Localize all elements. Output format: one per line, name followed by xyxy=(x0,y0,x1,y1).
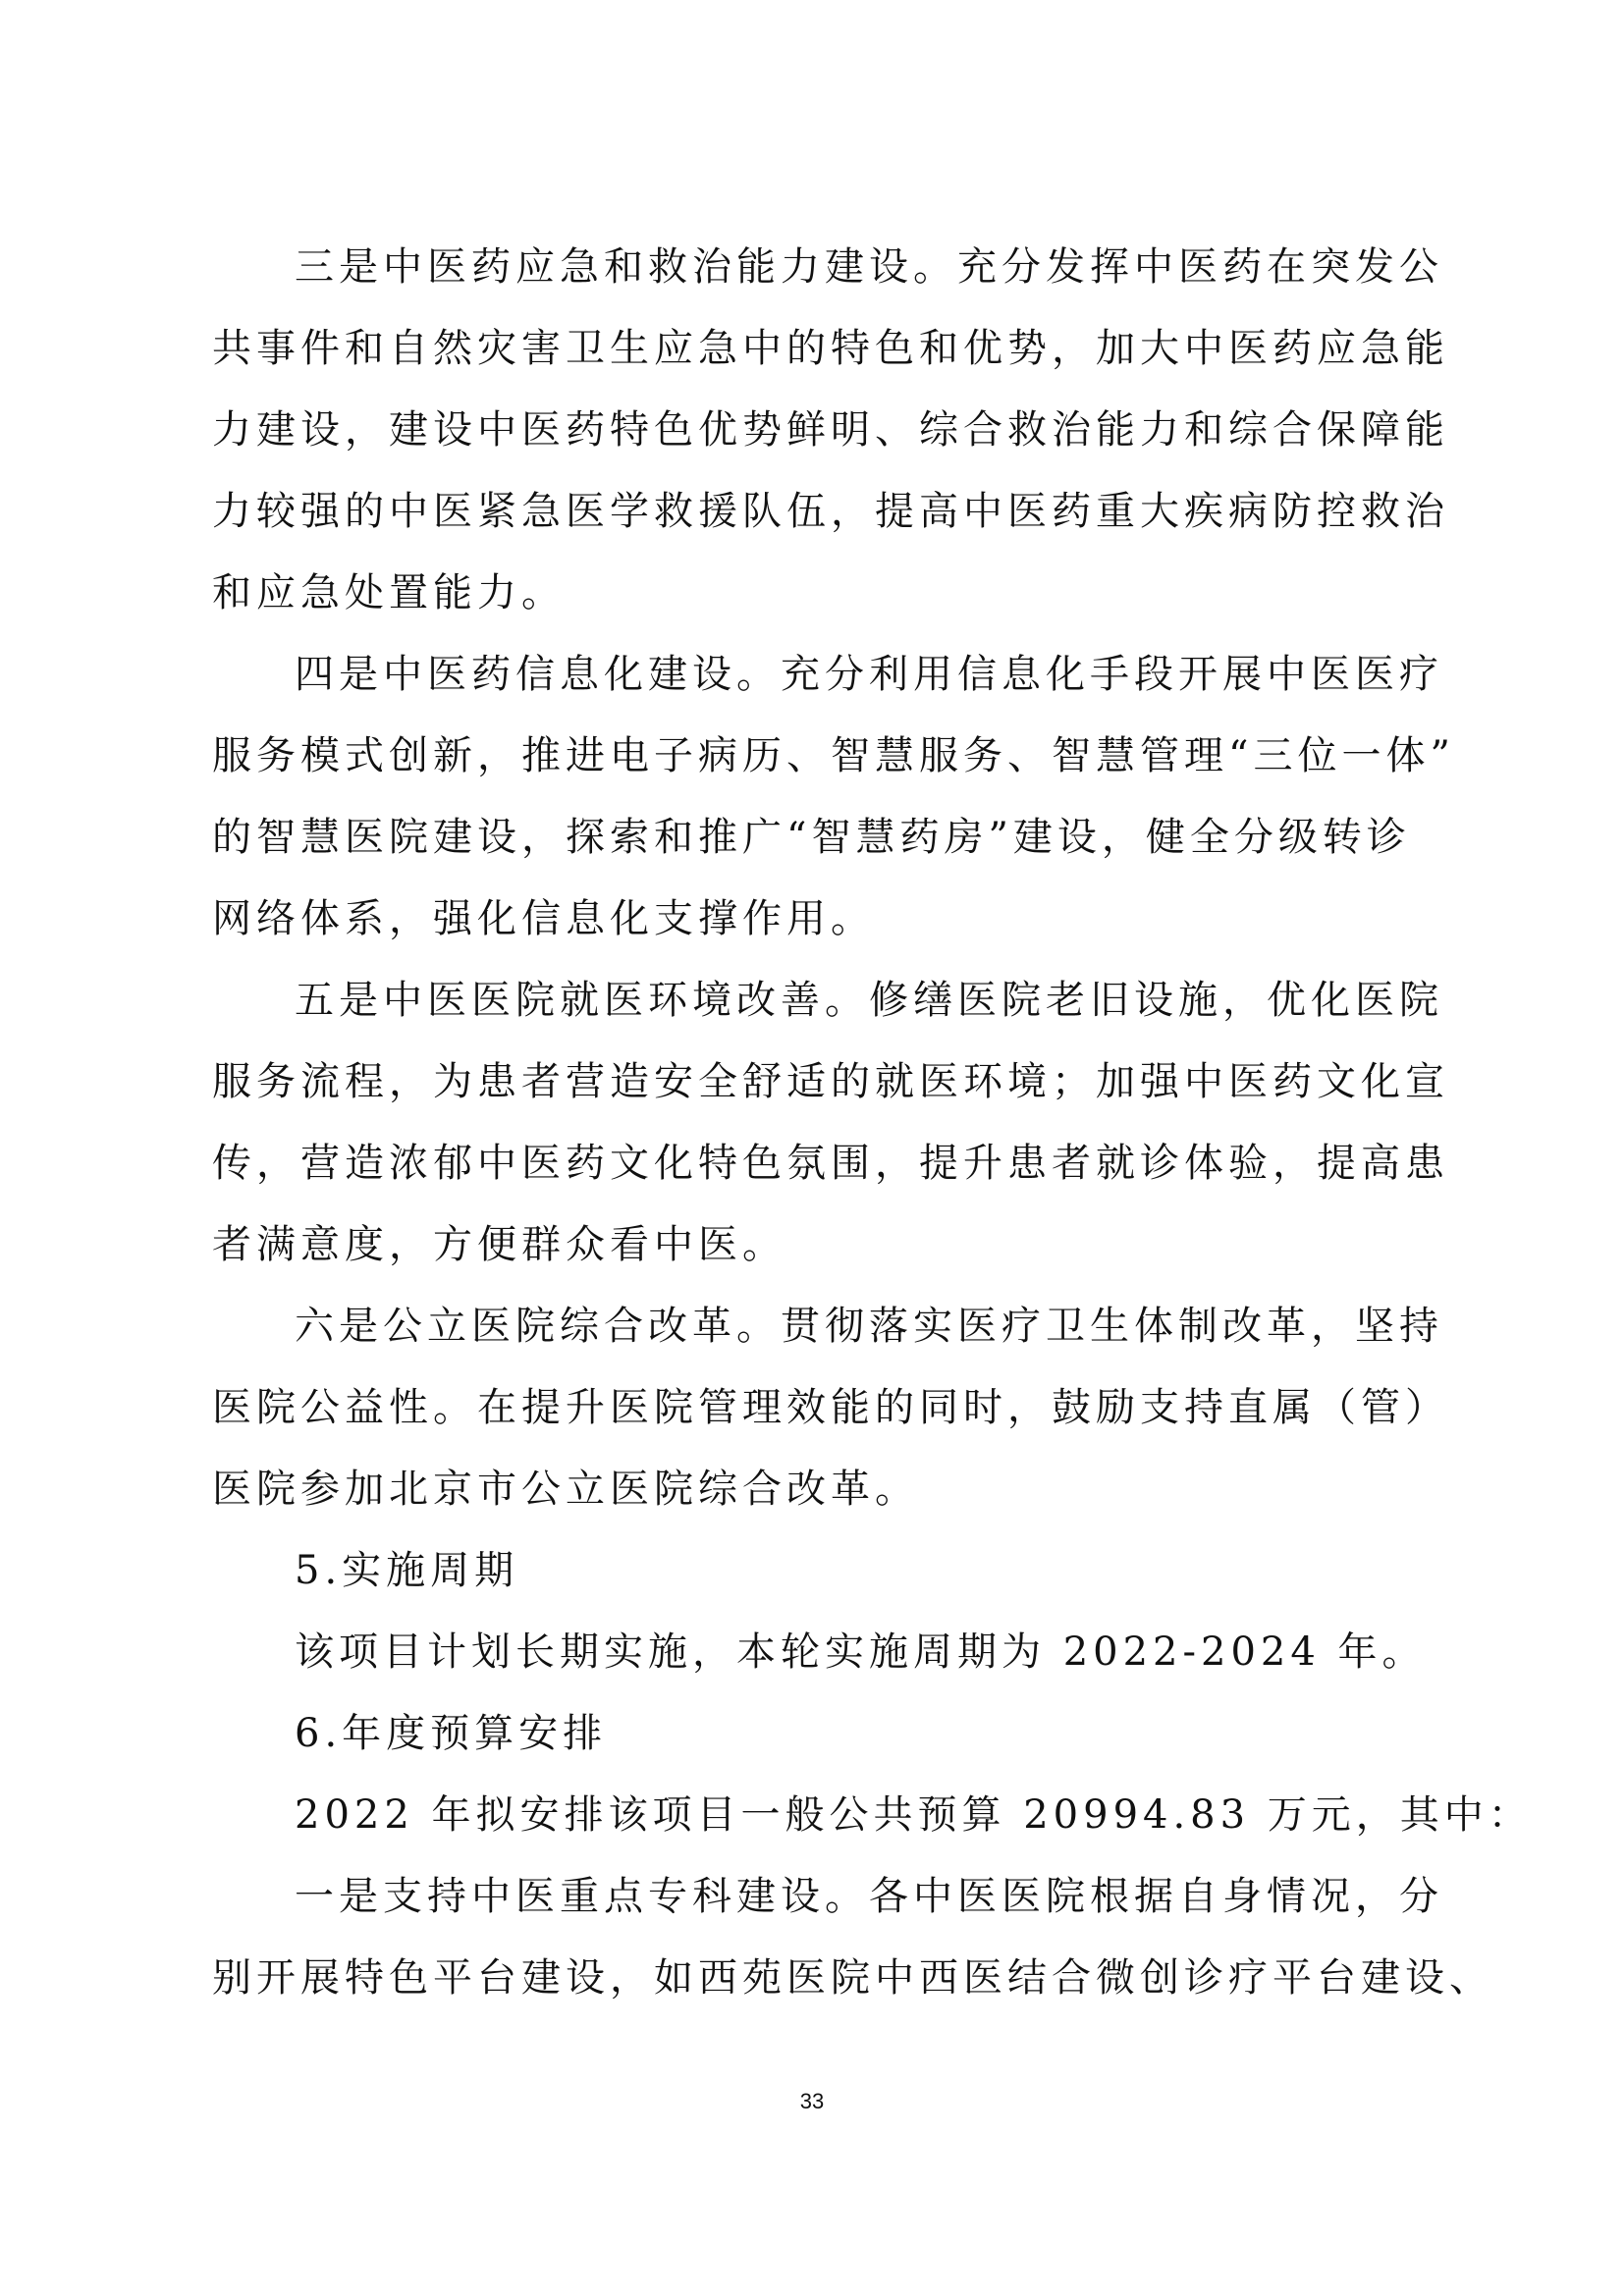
paragraph-line: 力较强的中医紧急医学救援队伍，提高中医药重大疾病防控救治 xyxy=(212,488,1420,535)
paragraph-line: 医院公益性。在提升医院管理效能的同时，鼓励支持直属（管） xyxy=(212,1384,1420,1431)
paragraph-line: 网络体系，强化信息化支撑作用。 xyxy=(212,895,1420,942)
paragraph-line: 医院参加北京市公立医院综合改革。 xyxy=(212,1466,1420,1513)
paragraph-line: 服务流程，为患者营造安全舒适的就医环境；加强中医药文化宣 xyxy=(212,1058,1420,1105)
document-page: 三是中医药应急和救治能力建设。充分发挥中医药在突发公 共事件和自然灾害卫生应急中… xyxy=(0,0,1624,2296)
paragraph-line: 者满意度，方便群众看中医。 xyxy=(212,1221,1420,1268)
section-heading: 5.实施周期 xyxy=(295,1547,1502,1594)
paragraph-line: 和应急处置能力。 xyxy=(212,569,1420,616)
paragraph-line: 一是支持中医重点专科建设。各中医医院根据自身情况，分 xyxy=(295,1873,1502,1920)
paragraph-line: 五是中医医院就医环境改善。修缮医院老旧设施，优化医院 xyxy=(295,977,1502,1024)
paragraph-line: 三是中医药应急和救治能力建设。充分发挥中医药在突发公 xyxy=(295,243,1502,291)
paragraph-line: 六是公立医院综合改革。贯彻落实医疗卫生体制改革，坚持 xyxy=(295,1303,1502,1350)
paragraph-line: 力建设，建设中医药特色优势鲜明、综合救治能力和综合保障能 xyxy=(212,406,1420,454)
paragraph-line: 服务模式创新，推进电子病历、智慧服务、智慧管理“三位一体” xyxy=(212,732,1420,779)
paragraph-line: 别开展特色平台建设，如西苑医院中西医结合微创诊疗平台建设、 xyxy=(212,1954,1420,2002)
paragraph-line: 的智慧医院建设，探索和推广“智慧药房”建设，健全分级转诊 xyxy=(212,814,1420,861)
paragraph-line: 共事件和自然灾害卫生应急中的特色和优势，加大中医药应急能 xyxy=(212,325,1420,372)
paragraph-line: 该项目计划长期实施，本轮实施周期为 2022-2024 年。 xyxy=(295,1629,1502,1676)
paragraph-line: 传，营造浓郁中医药文化特色氛围，提升患者就诊体验，提高患 xyxy=(212,1140,1420,1187)
section-heading: 6.年度预算安排 xyxy=(295,1710,1502,1757)
paragraph-line: 四是中医药信息化建设。充分利用信息化手段开展中医医疗 xyxy=(295,651,1502,698)
page-number: 33 xyxy=(0,2089,1624,2114)
paragraph-line: 2022 年拟安排该项目一般公共预算 20994.83 万元，其中： xyxy=(295,1791,1502,1839)
